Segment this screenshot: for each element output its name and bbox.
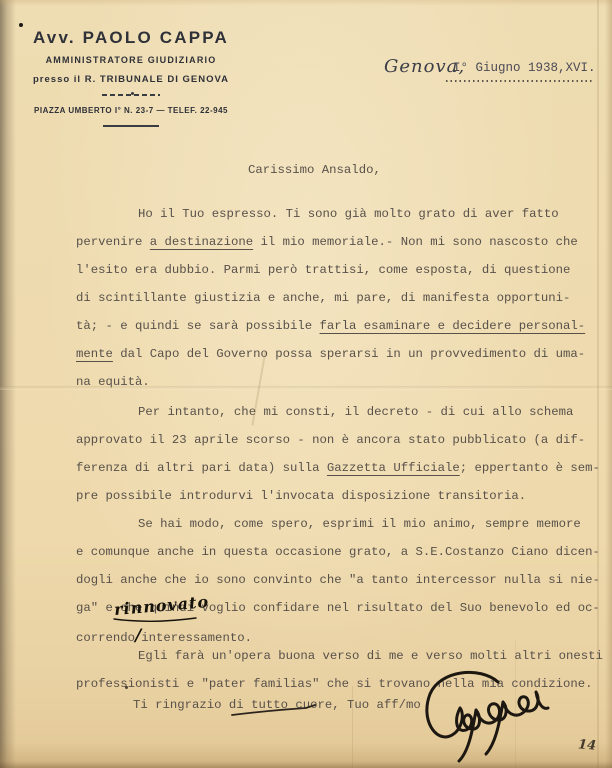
dateline-dotted-rule — [446, 80, 594, 82]
typed-text: Per intanto, che mi consti, il decreto -… — [138, 405, 573, 419]
typed-text: ; eppertanto è sem- — [460, 461, 600, 475]
letter-line: Ho il Tuo espresso. Ti sono già molto gr… — [76, 200, 603, 228]
typed-text: pre possibile introdurvi l'invocata disp… — [76, 489, 526, 503]
fold-crease-right-edge — [597, 0, 599, 768]
typed-text: tà; - e quindi se sarà possibile — [76, 319, 320, 333]
letter-line: na equità. — [76, 368, 603, 396]
letter-line: mente dal Capo del Governo possa sperars… — [76, 340, 603, 368]
typed-text: correndo — [76, 631, 135, 645]
typed-text: e comunque anche in questa occasione gra… — [76, 545, 600, 559]
typed-text: approvato il 23 aprile scorso - non è an… — [76, 433, 585, 447]
letterhead-divider-solid — [103, 125, 159, 127]
letter-line: ferenza di altri pari data) sulla Gazzet… — [76, 454, 603, 482]
signature-cappa — [410, 666, 550, 766]
fold-crease-horizontal — [0, 386, 612, 390]
handwritten-insert-flourish — [112, 615, 198, 625]
underlined-text: Gazzetta Ufficiale — [327, 461, 460, 475]
letterhead-title: AMMINISTRATORE GIUDIZIARIO — [22, 55, 240, 65]
letter-line: e comunque anche in questa occasione gra… — [76, 538, 603, 566]
letter-line: Per intanto, che mi consti, il decreto -… — [76, 398, 603, 426]
underlined-text: a destinazione — [150, 235, 253, 249]
letterhead-name: Avv. PAOLO CAPPA — [22, 28, 240, 48]
typed-text: Egli farà un'opera buona verso di me e v… — [138, 649, 603, 663]
pen-underline — [230, 704, 318, 718]
letter-line: tà; - e quindi se sarà possibile farla e… — [76, 312, 603, 340]
fold-crease-bottom-right — [515, 640, 516, 768]
letterhead-divider-dashdot — [102, 94, 160, 96]
typed-text: Se hai modo, come spero, esprimi il mio … — [138, 517, 581, 531]
typed-text: Ho il Tuo espresso. Ti sono già molto gr… — [138, 207, 559, 221]
salutation: Carissimo Ansaldo, — [248, 163, 381, 177]
letter-line: pervenire a destinazione il mio memorial… — [76, 228, 603, 256]
typed-text: l'esito era dubbio. Parmi però trattisi,… — [76, 263, 570, 277]
underlined-text: mente — [76, 347, 113, 361]
paragraph: Se hai modo, come spero, esprimi il mio … — [76, 510, 603, 650]
underlined-text: farla esaminare e decidere personal- — [320, 319, 586, 333]
ink-speck — [125, 686, 128, 689]
dateline-typed-date: I° Giugno 1938,XVI. — [453, 61, 596, 75]
letter-line: dogli anche che io sono convinto che "a … — [76, 566, 603, 594]
letterhead-address: PIAZZA UMBERTO I° N. 23-7 — TELEF. 22-94… — [22, 106, 240, 115]
typed-text: dogli anche che io sono convinto che "a … — [76, 573, 600, 587]
typed-text: dal Capo del Governo possa sperarsi in u… — [113, 347, 585, 361]
ink-speck — [19, 23, 23, 27]
fold-crease-bottom — [352, 686, 353, 768]
typed-text: di scintillante giustizia e anche, mi pa… — [76, 291, 570, 305]
letter-line: di scintillante giustizia e anche, mi pa… — [76, 284, 603, 312]
paragraph: Per intanto, che mi consti, il decreto -… — [76, 398, 603, 510]
letter-line: approvato il 23 aprile scorso - non è an… — [76, 426, 603, 454]
letter-line: pre possibile introdurvi l'invocata disp… — [76, 482, 603, 510]
typed-text: pervenire — [76, 235, 150, 249]
typed-text: il mio memoriale.- Non mi sono nascosto … — [253, 235, 578, 249]
letter-line: l'esito era dubbio. Parmi però trattisi,… — [76, 256, 603, 284]
letterhead: Avv. PAOLO CAPPA AMMINISTRATORE GIUDIZIA… — [22, 28, 240, 127]
letter-line: Se hai modo, come spero, esprimi il mio … — [76, 510, 603, 538]
typed-text: ferenza di altri pari data) sulla — [76, 461, 327, 475]
paragraph: Ho il Tuo espresso. Ti sono già molto gr… — [76, 200, 603, 396]
letterhead-subtitle: presso il R. TRIBUNALE DI GENOVA — [22, 74, 240, 85]
page-number: 14 — [577, 737, 596, 754]
scanned-letter-page: Avv. PAOLO CAPPA AMMINISTRATORE GIUDIZIA… — [0, 0, 612, 768]
